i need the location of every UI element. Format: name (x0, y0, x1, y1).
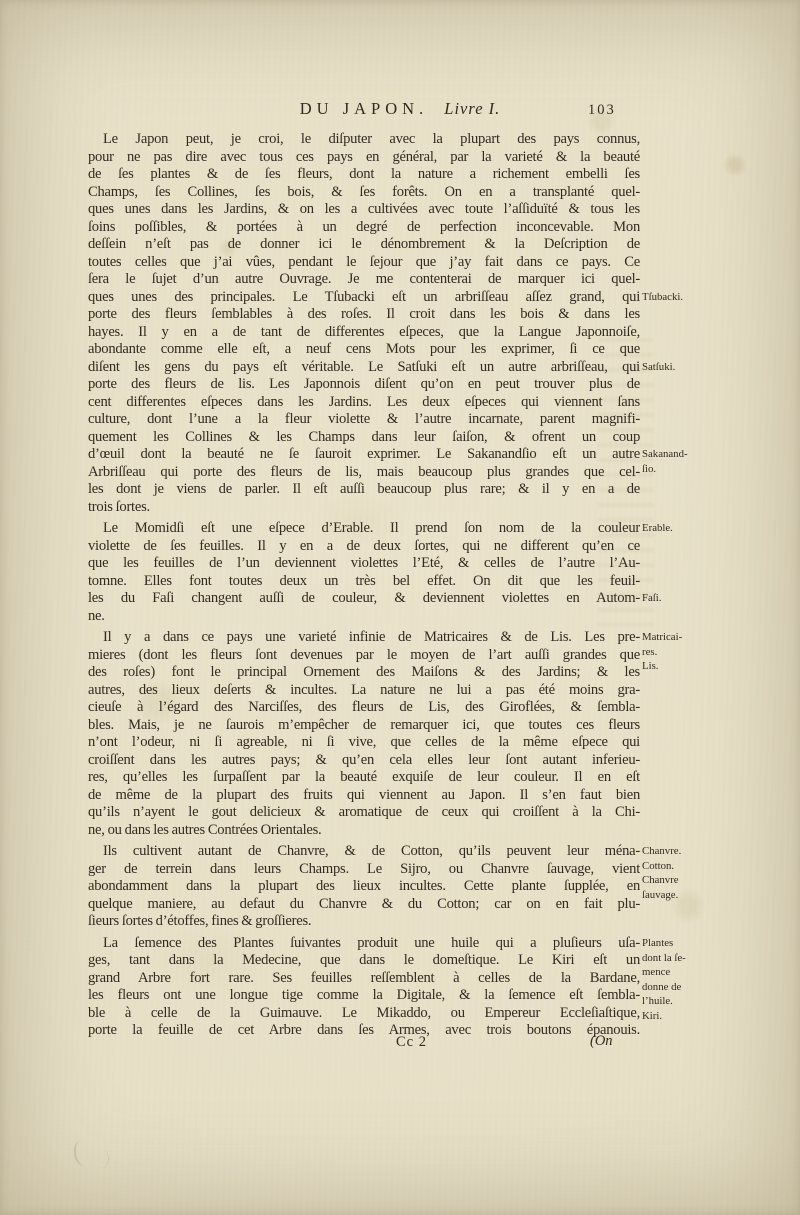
body-line: abondante comme elle eſt, a neuf cens Mo… (88, 341, 640, 359)
body-line: ne. (88, 608, 640, 626)
paragraph: Le Momidſi eſt une eſpece d’Erable. Il p… (88, 520, 640, 625)
page-number: 103 (588, 102, 616, 119)
margin-note-line: Satſuki. (642, 360, 675, 375)
paragraph: Il y a dans ce pays une varieté infinie … (88, 629, 640, 839)
body-line: ſera le ſujet d’un autre Ouvrage. Je me … (88, 271, 640, 289)
body-line: ques unes dans les Jardins, & on les a c… (88, 201, 640, 219)
body-line: cieuſe à l’égard des Narciſſes, des fleu… (88, 699, 640, 717)
body-line: La ſemence des Plantes ſuivantes produit… (88, 935, 640, 953)
body-line: d’œuil dont la beauté ne ſe ſauroit expr… (88, 446, 640, 464)
body-line: Ils cultivent autant de Chanvre, & de Co… (88, 843, 640, 861)
body-line: toutes celles que j’ai vûes, pendant le … (88, 254, 640, 272)
body-line: les fleurs ont une longue tige comme la … (88, 987, 640, 1005)
pen-mark (72, 1139, 94, 1167)
margin-note: Satſuki. (642, 360, 675, 375)
body-line: porte des fleurs ſemblables à des roſes.… (88, 306, 640, 324)
body-line: quelque maniere, au defaut du Chanvre & … (88, 896, 640, 914)
margin-note-line: ſauvage. (642, 888, 681, 903)
margin-note: Plantesdont la ſe-mencedonne del’huile.K… (642, 936, 686, 1024)
margin-note-line: Cotton. (642, 859, 681, 874)
margin-note-line: Kiri. (642, 1009, 686, 1024)
body-line: abondamment dans la plupart des lieux in… (88, 878, 640, 896)
body-line: culture, dont l’une a la fleur violette … (88, 411, 640, 429)
body-line: n’ont l’odeur, ni ſi agreable, ni ſi viv… (88, 734, 640, 752)
margin-note-line: dont la ſe- (642, 951, 686, 966)
body-line: ſieurs ſortes d’étoffes, fines & groſſie… (88, 913, 640, 931)
margin-note: Matricai-res.Lis. (642, 630, 682, 674)
margin-note-line: Faſi. (642, 591, 662, 606)
paragraph: Ils cultivent autant de Chanvre, & de Co… (88, 843, 640, 931)
body-line: Il y a dans ce pays une varieté infinie … (88, 629, 640, 647)
margin-note-line: Plantes (642, 936, 686, 951)
body-line: pour ne pas dire avec tous ces pays en g… (88, 149, 640, 167)
margin-note-line: Erable. (642, 521, 673, 536)
margin-note-line: res. (642, 645, 682, 660)
margin-note-line: Chanvre. (642, 844, 681, 859)
body-line: Le Japon peut, je croi, le diſputer avec… (88, 131, 640, 149)
paragraph: La ſemence des Plantes ſuivantes produit… (88, 935, 640, 1040)
body-line: qu’ils n’ayent le gout delicieux & aroma… (88, 804, 640, 822)
margin-note: Chanvre.Cotton.Chanvreſauvage. (642, 844, 681, 902)
margin-note: Faſi. (642, 591, 662, 606)
text-column: Le Japon peut, je croi, le diſputer avec… (88, 131, 640, 1040)
body-line: diſent les gens du pays eſt véritable. L… (88, 359, 640, 377)
margin-note: Erable. (642, 521, 673, 536)
body-line: Arbriſſeau qui porte des fleurs de lis, … (88, 464, 640, 482)
body-line: ne, ou dans les autres Contrées Oriental… (88, 822, 640, 840)
body-line: cent differentes eſpeces dans les Jardin… (88, 394, 640, 412)
body-line: ques unes des principales. Le Tſubacki e… (88, 289, 640, 307)
pen-mark (95, 1149, 110, 1168)
running-head: DU JAPON. Livre I. (0, 99, 800, 119)
book-section: Livre I. (444, 99, 500, 118)
body-line: ble à celle de la Guimauve. Le Mikaddo, … (88, 1005, 640, 1023)
margin-note-line: mence (642, 965, 686, 980)
body-line: porte des fleurs de lis. Les Japonnois d… (88, 376, 640, 394)
margin-note: Tſubacki. (642, 290, 683, 305)
book-title: DU JAPON. (300, 99, 428, 118)
body-line: porte la feuille de cet Arbre dans ſes A… (88, 1022, 640, 1040)
body-line: violette de ſes feuilles. Il y en a de d… (88, 538, 640, 556)
body-line: deſſein n’eſt pas de donner ici le dénom… (88, 236, 640, 254)
body-line: ſoins poſſibles, & portées à un degré de… (88, 219, 640, 237)
body-line: les du Faſi changent auſſi de couleur, &… (88, 590, 640, 608)
body-line: les dont je viens de parler. Il eſt auſſ… (88, 481, 640, 499)
body-line: tomne. Elles font toutes deux un très be… (88, 573, 640, 591)
margin-note: Sakanand-ſio. (642, 447, 688, 476)
margin-note-line: donne de (642, 980, 686, 995)
signature-mark: Cc 2 (396, 1034, 427, 1051)
body-line: que les feuilles de l’un deviennent viol… (88, 555, 640, 573)
body-line: Champs, ſes Collines, ſes bois, & ſes fo… (88, 184, 640, 202)
body-line: mieres (dont les fleurs ſont devenues pa… (88, 647, 640, 665)
body-line: quement les Collines & les Champs dans l… (88, 429, 640, 447)
body-line: trois ſortes. (88, 499, 640, 517)
body-line: res, qu’elles les ſurpaſſent par la beau… (88, 769, 640, 787)
body-line: ger de terrein dans leurs Champs. Le Sij… (88, 861, 640, 879)
body-line: de même de la plupart des fruits qui vie… (88, 787, 640, 805)
body-line: ges, tant dans la Medecine, que dans le … (88, 952, 640, 970)
paragraph: Le Japon peut, je croi, le diſputer avec… (88, 131, 640, 516)
margin-note-line: l’huile. (642, 994, 686, 1009)
margin-note-line: Matricai- (642, 630, 682, 645)
body-line: hayes. Il y en a de tant de differentes … (88, 324, 640, 342)
body-line: autres, des lieux deſerts & incultes. La… (88, 682, 640, 700)
catchword: (On (590, 1033, 613, 1050)
margin-note-line: Lis. (642, 659, 682, 674)
margin-note-line: Tſubacki. (642, 290, 683, 305)
body-line: Le Momidſi eſt une eſpece d’Erable. Il p… (88, 520, 640, 538)
body-line: de ſes plantes & de ſes fleurs, dont la … (88, 166, 640, 184)
body-line: bles. Mais, je ne ſaurois m’empêcher de … (88, 717, 640, 735)
margin-note-line: Sakanand- (642, 447, 688, 462)
book-page: DU JAPON. Livre I. 103 Le Japon peut, je… (0, 0, 800, 1215)
body-line: croiſſent dans les autres pays; & qu’en … (88, 752, 640, 770)
body-line: grand Arbre fort rare. Ses feuilles reſſ… (88, 970, 640, 988)
body-line: des roſes) font le principal Ornement de… (88, 664, 640, 682)
margin-note-line: ſio. (642, 462, 688, 477)
margin-note-line: Chanvre (642, 873, 681, 888)
